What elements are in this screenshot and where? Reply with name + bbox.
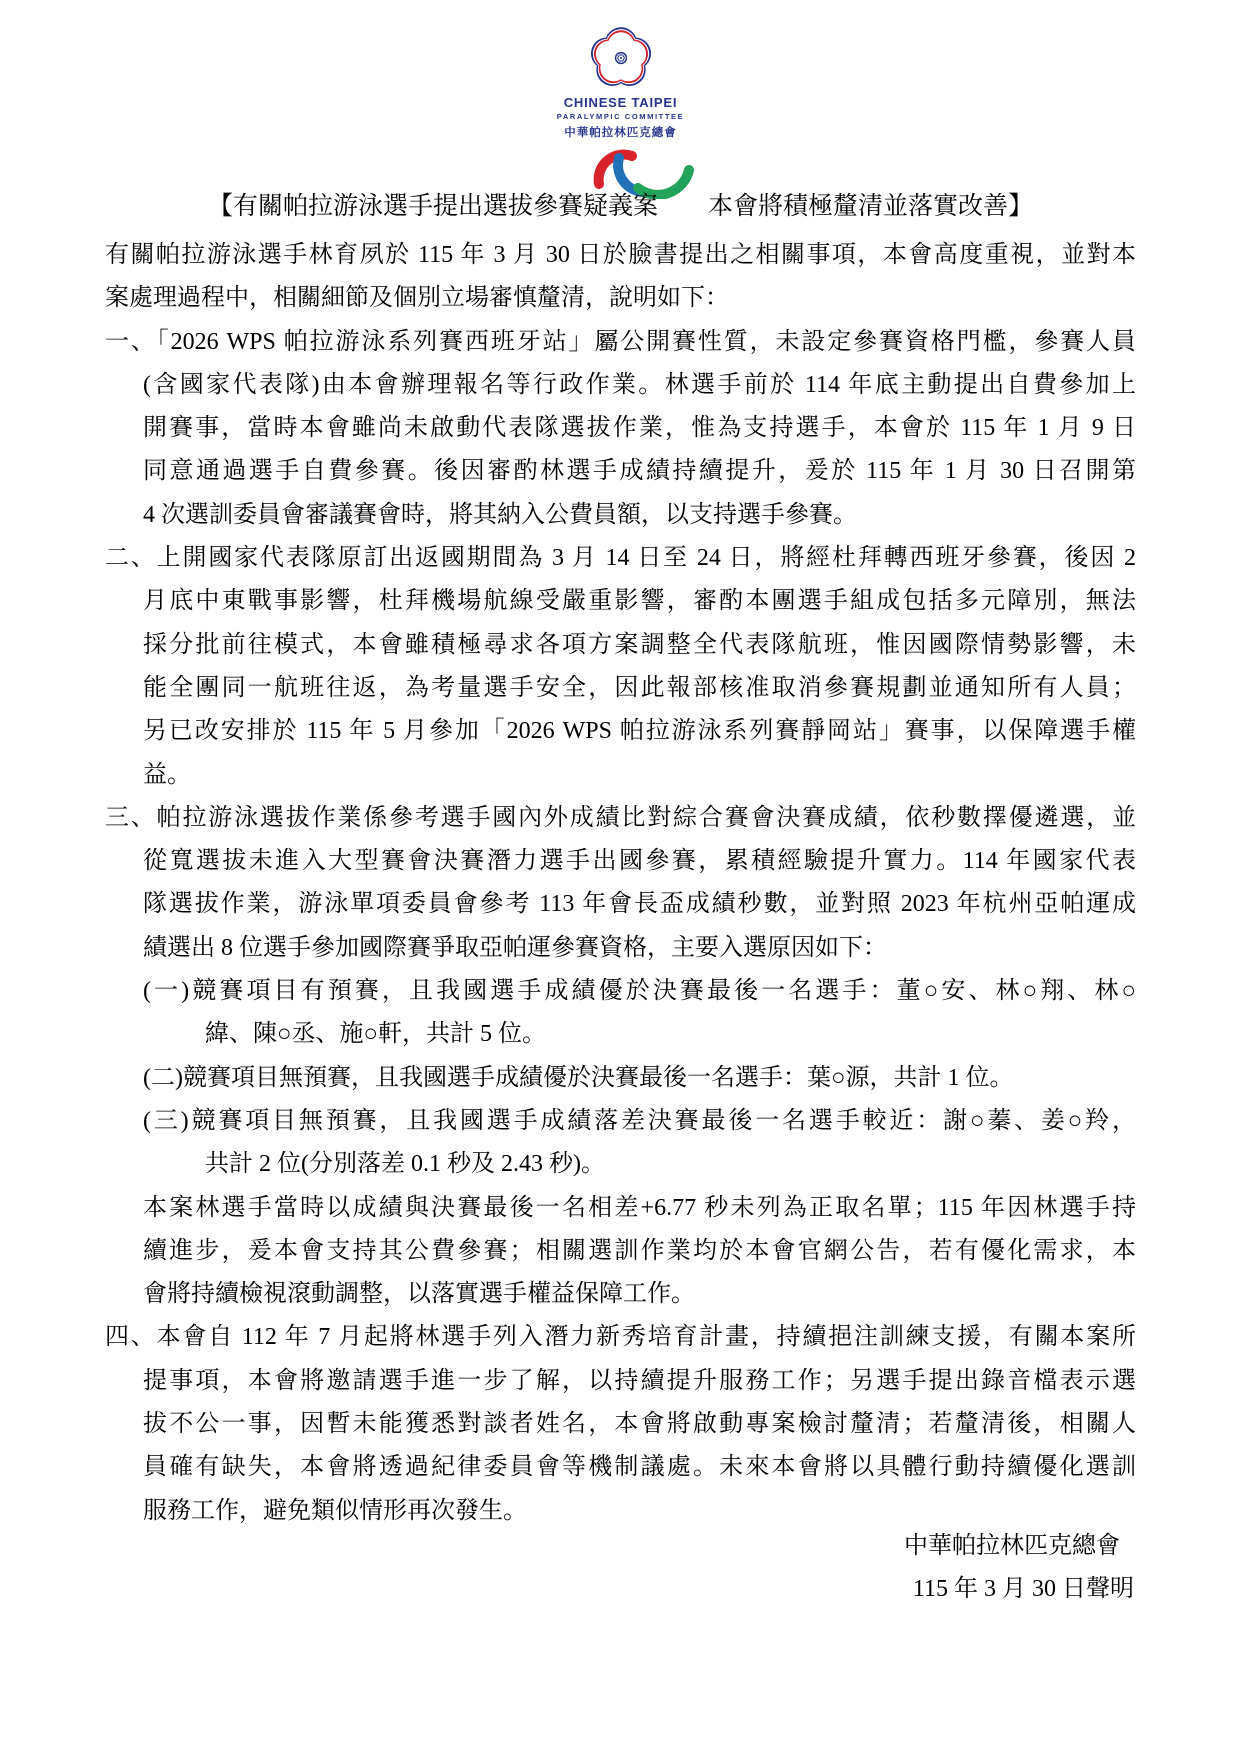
statement-title: 【有關帕拉游泳選手提出選拔參賽疑義案 本會將積極釐清並落實改善】 [0,192,1241,222]
body-line: 績選出 8 位選手參加國際賽爭取亞帕運參賽資格，主要入選原因如下： [143,927,1136,970]
org-name-english: CHINESE TAIPEI [564,95,678,110]
signature-date: 115 年 3 月 30 日聲明 [105,1568,1136,1611]
body-line: (一)競賽項目有預賽，且我國選手成績優於決賽最後一名選手：董○安、林○翔、林○ [143,970,1136,1013]
body-line: 一、「2026 WPS 帕拉游泳系列賽西班牙站」屬公開賽性質，未設定參賽資格門檻… [105,321,1136,364]
body-line: 從寬選拔未進入大型賽會決賽潛力選手出國參賽，累積經驗提升實力。114 年國家代表 [143,840,1136,883]
signature-organization: 中華帕拉林匹克總會 [105,1525,1136,1568]
statement-page: CHINESE TAIPEI PARALYMPIC COMMITTEE 中華帕拉… [0,0,1241,1755]
body-line: 二、上開國家代表隊原訂出返國期間為 3 月 14 日至 24 日，將經杜拜轉西班… [105,537,1136,580]
body-line: 開賽事，當時本會雖尚未啟動代表隊選拔作業，惟為支持選手，本會於 115 年 1 … [143,407,1136,450]
body-line: 案處理過程中，相關細節及個別立場審慎釐清，說明如下： [105,277,1136,320]
body-line: 本案林選手當時以成績與決賽最後一名相差+6.77 秒未列為正取名單；115 年因… [143,1187,1136,1230]
body-line: 拔不公一事，因暫未能獲悉對談者姓名，本會將啟動專案檢討釐清；若釐清後，相關人 [143,1403,1136,1446]
body-line: 益。 [143,754,1136,797]
body-line: 4 次選訓委員會審議賽會時，將其納入公費員額，以支持選手參賽。 [143,494,1136,537]
body-line: 四、本會自 112 年 7 月起將林選手列入潛力新秀培育計畫，持續挹注訓練支援，… [105,1316,1136,1359]
body-line: 能全團同一航班往返，為考量選手安全，因此報部核准取消參賽規劃並通知所有人員； [143,667,1136,710]
body-line: 另已改安排於 115 年 5 月參加「2026 WPS 帕拉游泳系列賽靜岡站」賽… [143,710,1136,753]
body-line: 月底中東戰事影響，杜拜機場航線受嚴重影響，審酌本團選手組成包括多元障別，無法 [143,580,1136,623]
body-line: (含國家代表隊)由本會辦理報名等行政作業。林選手前於 114 年底主動提出自費參… [143,364,1136,407]
body-line: (二)競賽項目無預賽，且我國選手成績優於決賽最後一名選手：葉○源，共計 1 位。 [143,1057,1136,1100]
body-line: 員確有缺失，本會將透過紀律委員會等機制議處。未來本會將以具體行動持續優化選訓 [143,1446,1136,1489]
body-line: 提事項，本會將邀請選手進一步了解，以持續提升服務工作；另選手提出錄音檔表示選 [143,1360,1136,1403]
body-line: 會將持續檢視滾動調整，以落實選手權益保障工作。 [143,1273,1136,1316]
committee-logo: CHINESE TAIPEI PARALYMPIC COMMITTEE 中華帕拉… [0,26,1241,199]
body-line: 有關帕拉游泳選手林育夙於 115 年 3 月 30 日於臉書提出之相關事項，本會… [105,234,1136,277]
org-subtitle-english: PARALYMPIC COMMITTEE [557,112,684,121]
body-line: 採分批前往模式，本會雖積極尋求各項方案調整全代表隊航班，惟因國際情勢影響，未 [143,624,1136,667]
body-line: 緯、陳○丞、施○軒，共計 5 位。 [205,1013,1136,1056]
org-name-chinese: 中華帕拉林匹克總會 [564,124,677,140]
document-body: 有關帕拉游泳選手林育夙於 115 年 3 月 30 日於臉書提出之相關事項，本會… [105,234,1136,1533]
plum-blossom-logo-icon [589,26,653,90]
body-line: 同意通過選手自費參賽。後因審酌林選手成績持續提升，爰於 115 年 1 月 30… [143,450,1136,493]
body-line: 共計 2 位(分別落差 0.1 秒及 2.43 秒)。 [205,1143,1136,1186]
signature-block: 中華帕拉林匹克總會 115 年 3 月 30 日聲明 [105,1525,1136,1612]
body-line: 隊選拔作業，游泳單項委員會參考 113 年會長盃成績秒數，並對照 2023 年杭… [143,883,1136,926]
body-line: 三、帕拉游泳選拔作業係參考選手國內外成績比對綜合賽會決賽成績，依秒數擇優遴選，並 [105,797,1136,840]
body-line: 續進步，爰本會支持其公費參賽；相關選訓作業均於本會官網公告，若有優化需求，本 [143,1230,1136,1273]
body-line: (三)競賽項目無預賽，且我國選手成績落差決賽最後一名選手較近：謝○蓁、姜○羚， [143,1100,1136,1143]
